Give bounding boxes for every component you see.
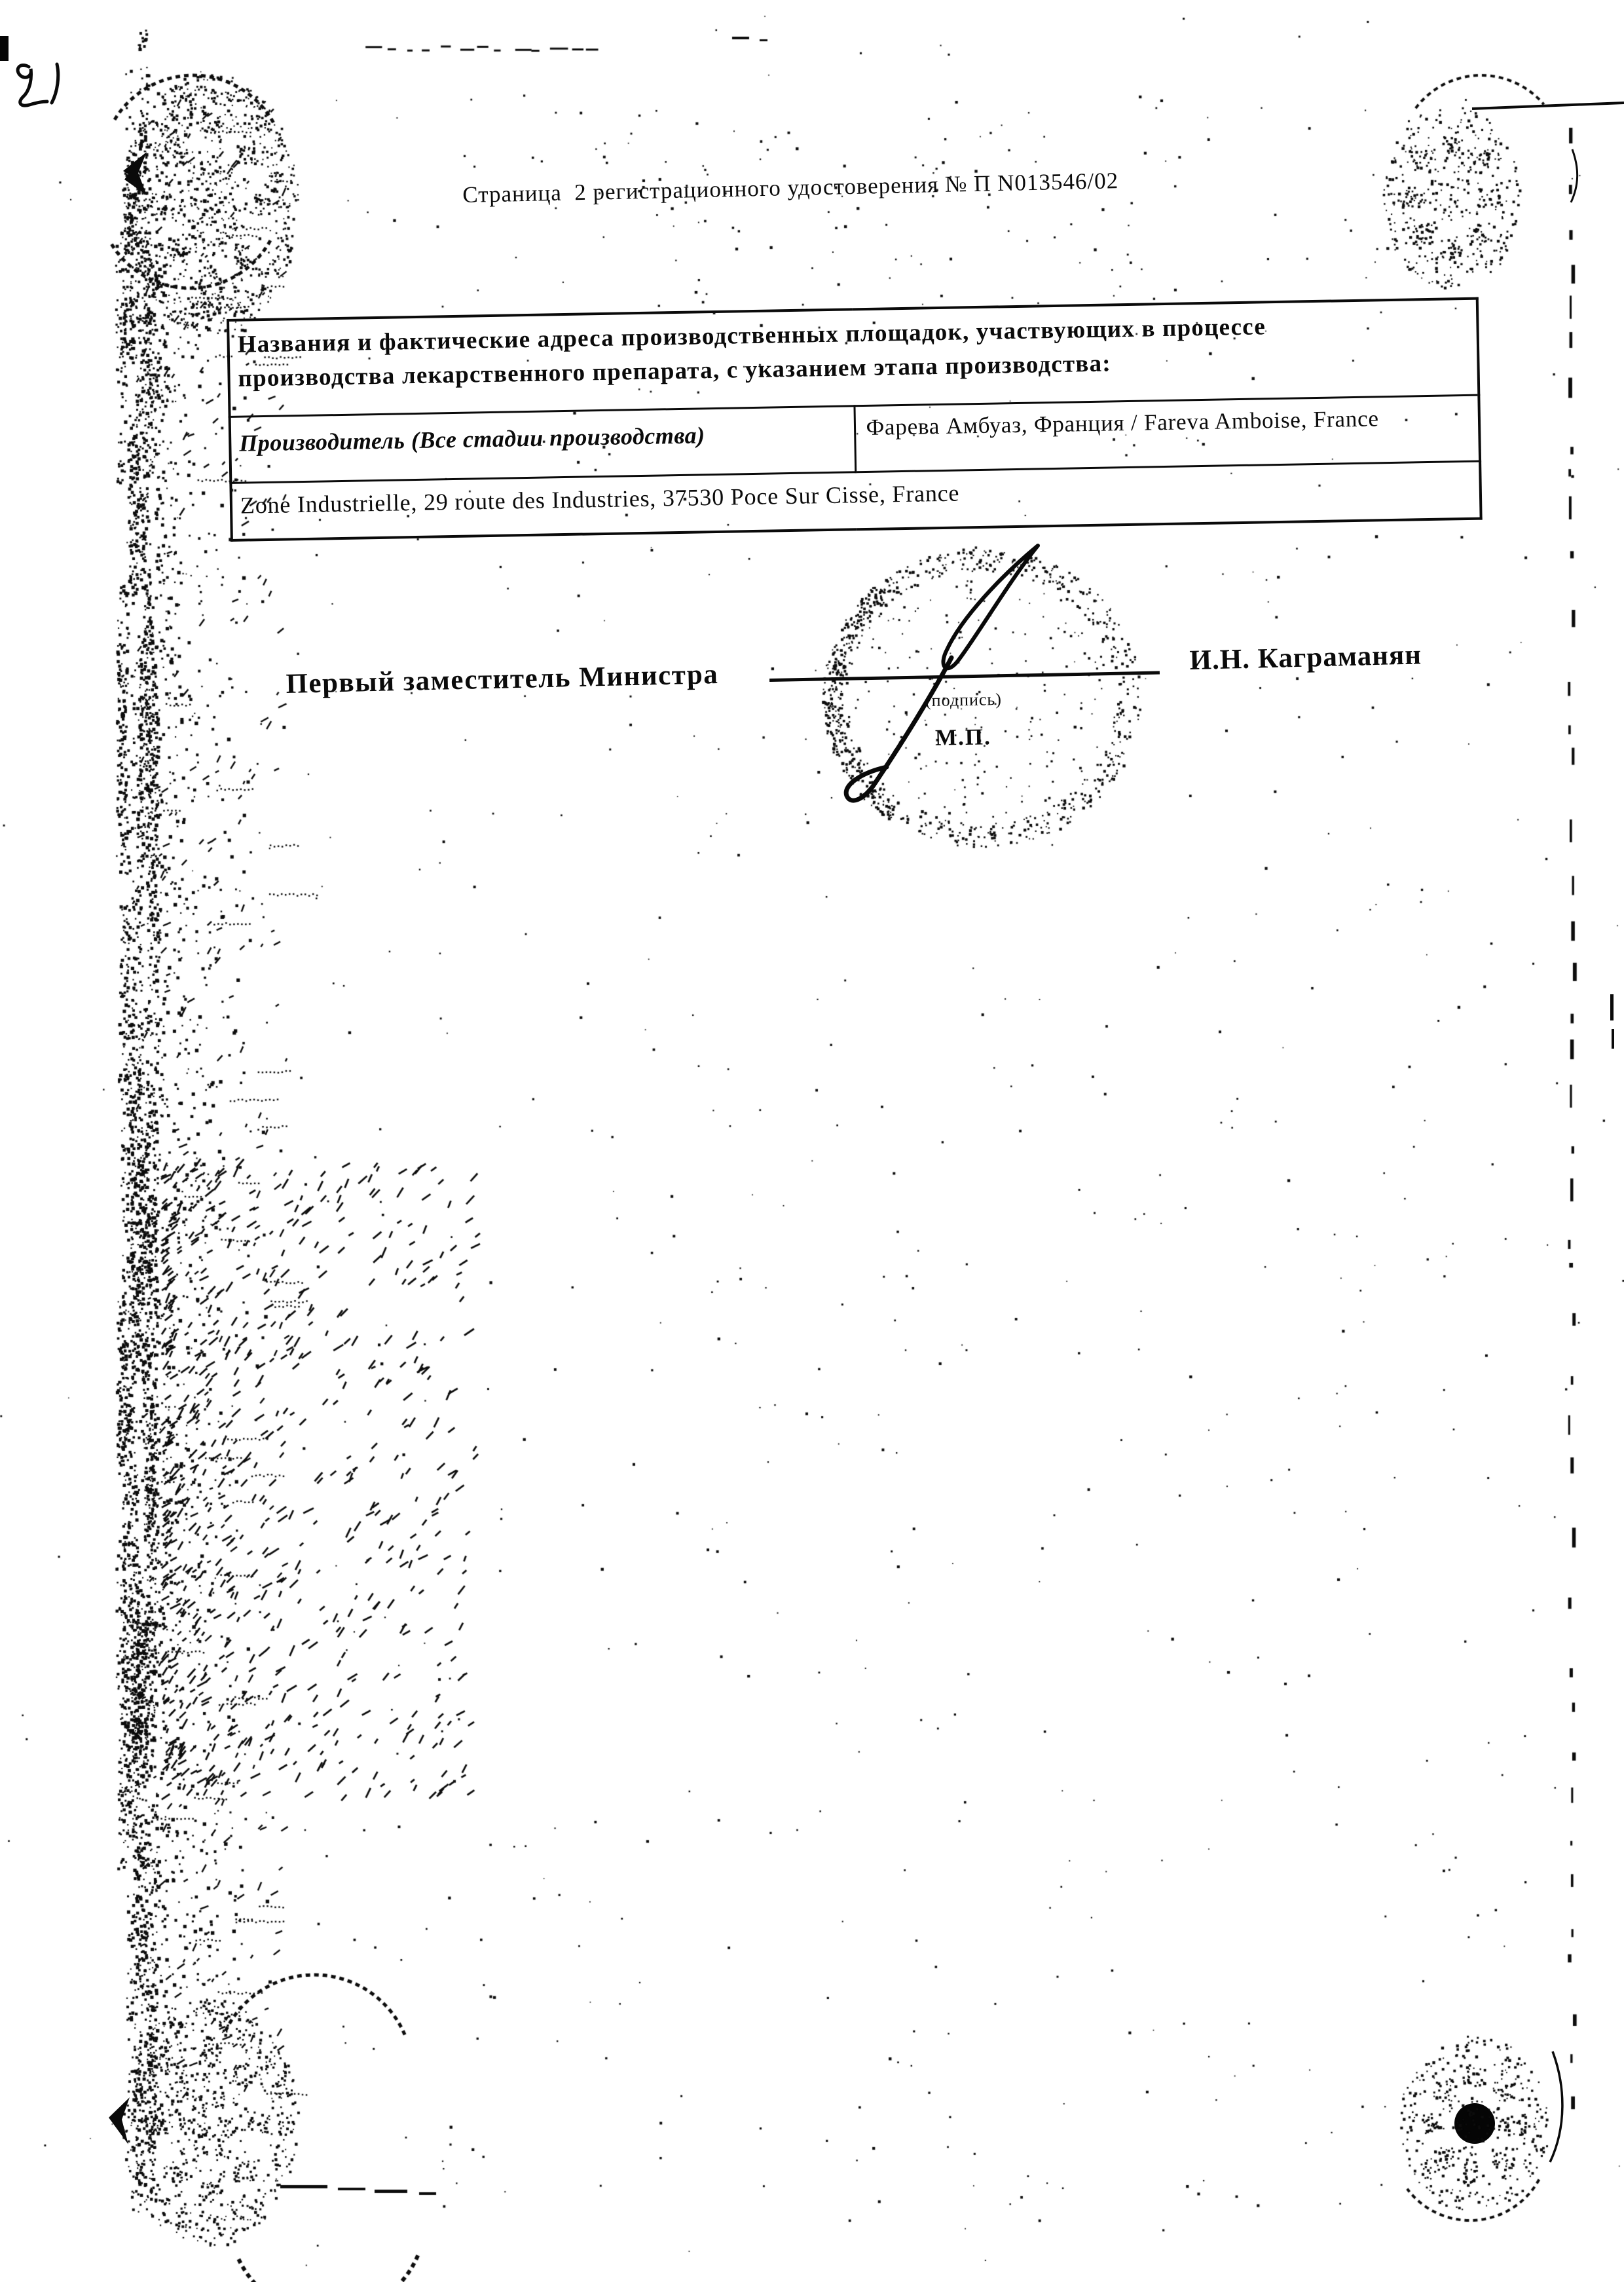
scan-edge-bar bbox=[0, 36, 9, 61]
page-header-line: Страница 2 регистрационного удостоверени… bbox=[462, 162, 1380, 208]
handwritten-page-number-mark bbox=[18, 64, 58, 105]
scanned-certificate-page: Страница 2 регистрационного удостоверени… bbox=[0, 0, 1624, 2282]
left-edge-blot-bottom bbox=[109, 2097, 130, 2144]
right-mid-tick1 bbox=[1610, 994, 1614, 1020]
right-mid-tick2 bbox=[1612, 1029, 1614, 1049]
signature-stroke bbox=[846, 546, 1038, 800]
signature-caption: (подпись) bbox=[925, 690, 1002, 711]
left-edge-blot-top bbox=[123, 152, 147, 195]
signature-line bbox=[769, 671, 1160, 682]
signer-title: Первый заместитель Министра bbox=[286, 658, 719, 700]
stamp-place-caption: М.П. bbox=[935, 724, 991, 751]
producer-stage-cell: Производитель (Все стадии производства) bbox=[230, 406, 856, 483]
signer-name: И.Н. Каграманян bbox=[1189, 639, 1422, 677]
manufacturing-sites-table-wrap: Названия и фактические адреса производст… bbox=[227, 297, 1483, 542]
right-edge-arcs bbox=[1472, 103, 1624, 2162]
manufacturing-sites-table: Названия и фактические адреса производст… bbox=[227, 297, 1483, 542]
producer-name-cell: Фарева Амбуаз, Франция / Fareva Amboise,… bbox=[854, 395, 1480, 472]
punch-dot bbox=[1454, 2103, 1495, 2144]
